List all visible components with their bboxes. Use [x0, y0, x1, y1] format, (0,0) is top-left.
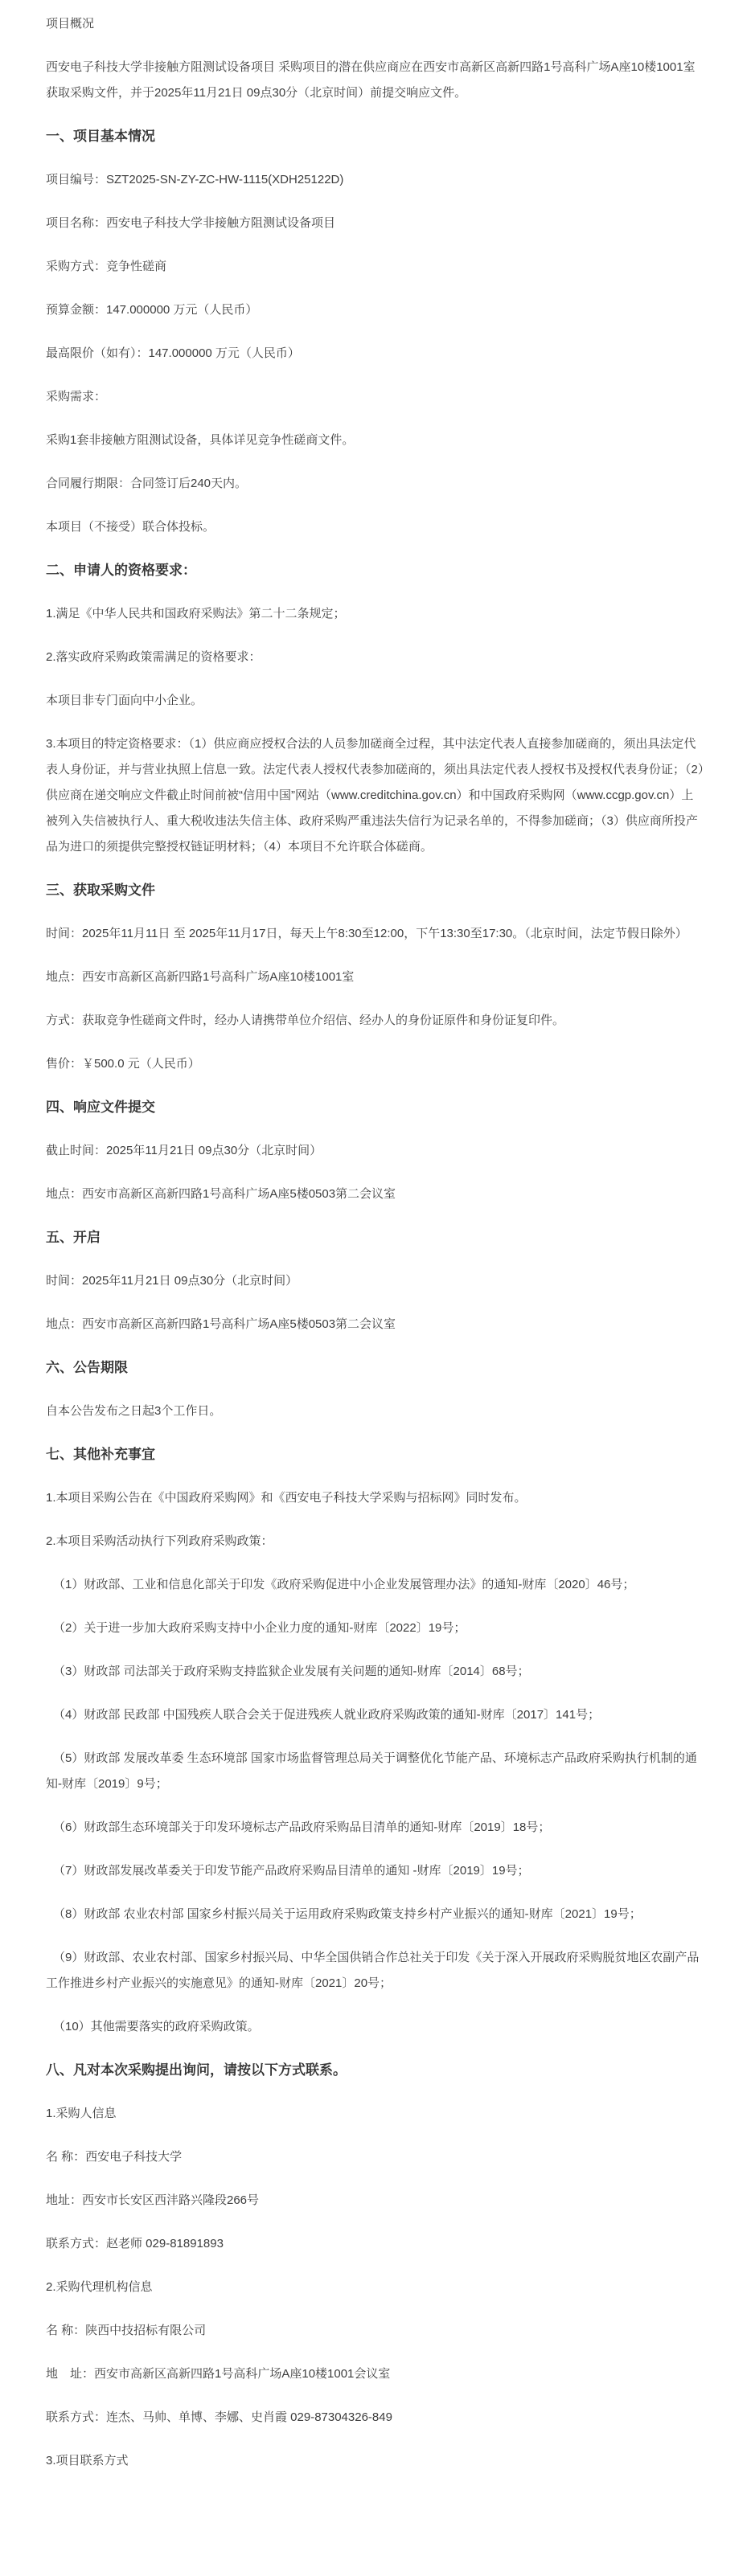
policy-item-6: （6）财政部生态环境部关于印发环境标志产品政府采购品目清单的通知-财库〔2019…: [46, 1815, 705, 1841]
other-note-2: 2.本项目采购活动执行下列政府采购政策：: [46, 1529, 705, 1554]
purchaser-info-label: 1.采购人信息: [46, 2101, 705, 2127]
other-note-1: 1.本项目采购公告在《中国政府采购网》和《西安电子科技大学采购与招标网》同时发布…: [46, 1485, 705, 1511]
project-name: 项目名称：西安电子科技大学非接触方阻测试设备项目: [46, 211, 705, 236]
purchaser-address: 地址：西安市长安区西沣路兴隆段266号: [46, 2188, 705, 2214]
submission-place: 地点：西安市高新区高新四路1号高科广场A座5楼0503第二会议室: [46, 1182, 705, 1207]
policy-item-5: （5）财政部 发展改革委 生态环境部 国家市场监督管理总局关于调整优化节能产品、…: [46, 1746, 705, 1797]
section-heading-opening: 五、开启: [46, 1225, 705, 1251]
obtain-place: 地点：西安市高新区高新四路1号高科广场A座10楼1001室: [46, 964, 705, 990]
purchaser-name: 名 称：西安电子科技大学: [46, 2144, 705, 2170]
section-heading-qualification: 二、申请人的资格要求：: [46, 558, 705, 584]
submission-deadline: 截止时间：2025年11月21日 09点30分（北京时间）: [46, 1138, 705, 1164]
contract-period: 合同履行期限：合同签订后240天内。: [46, 471, 705, 497]
policy-item-1: （1）财政部、工业和信息化部关于印发《政府采购促进中小企业发展管理办法》的通知-…: [46, 1572, 705, 1598]
project-number: 项目编号：SZT2025-SN-ZY-ZC-HW-1115(XDH25122D): [46, 167, 705, 193]
opening-place: 地点：西安市高新区高新四路1号高科广场A座5楼0503第二会议室: [46, 1312, 705, 1337]
project-contact-label: 3.项目联系方式: [46, 2448, 705, 2474]
section-heading-other-matters: 七、其他补充事宜: [46, 1442, 705, 1468]
policy-item-2: （2）关于进一步加大政府采购支持中小企业力度的通知-财库〔2022〕19号；: [46, 1616, 705, 1641]
opening-time: 时间：2025年11月21日 09点30分（北京时间）: [46, 1268, 705, 1294]
qualification-item-3: 3.本项目的特定资格要求：（1）供应商应授权合法的人员参加磋商全过程，其中法定代…: [46, 731, 705, 860]
policy-item-3: （3）财政部 司法部关于政府采购支持监狱企业发展有关问题的通知-财库〔2014〕…: [46, 1659, 705, 1685]
agency-info-label: 2.采购代理机构信息: [46, 2275, 705, 2300]
policy-item-9: （9）财政部、农业农村部、国家乡村振兴局、中华全国供销合作总社关于印发《关于深入…: [46, 1945, 705, 1997]
section-heading-obtain-documents: 三、获取采购文件: [46, 878, 705, 903]
announcement-period: 自本公告发布之日起3个工作日。: [46, 1399, 705, 1424]
policy-item-4: （4）财政部 民政部 中国残疾人联合会关于促进残疾人就业政府采购政策的通知-财库…: [46, 1702, 705, 1728]
procurement-announcement-document: 项目概况 西安电子科技大学非接触方阻测试设备项目 采购项目的潜在供应商应在西安市…: [46, 0, 705, 2474]
qualification-item-1: 1.满足《中华人民共和国政府采购法》第二十二条规定；: [46, 601, 705, 627]
budget-amount: 预算金额：147.000000 万元（人民币）: [46, 297, 705, 323]
overview-intro: 西安电子科技大学非接触方阻测试设备项目 采购项目的潜在供应商应在西安市高新区高新…: [46, 55, 705, 106]
overview-label: 项目概况: [46, 11, 705, 37]
section-heading-submission: 四、响应文件提交: [46, 1095, 705, 1120]
policy-item-10: （10）其他需要落实的政府采购政策。: [46, 2014, 705, 2040]
procurement-demand: 采购1套非接触方阻测试设备，具体详见竞争性磋商文件。: [46, 428, 705, 453]
max-price-limit: 最高限价（如有）：147.000000 万元（人民币）: [46, 341, 705, 367]
agency-address: 地 址：西安市高新区高新四路1号高科广场A座10楼1001会议室: [46, 2361, 705, 2387]
agency-name: 名 称：陕西中技招标有限公司: [46, 2318, 705, 2344]
section-heading-contact: 八、凡对本次采购提出询问，请按以下方式联系。: [46, 2058, 705, 2083]
policy-item-7: （7）财政部发展改革委关于印发节能产品政府采购品目清单的通知 -财库〔2019〕…: [46, 1858, 705, 1884]
procurement-method: 采购方式：竞争性磋商: [46, 254, 705, 280]
obtain-price: 售价：￥500.0 元（人民币）: [46, 1051, 705, 1077]
section-heading-announcement-period: 六、公告期限: [46, 1355, 705, 1381]
obtain-method: 方式：获取竞争性磋商文件时，经办人请携带单位介绍信、经办人的身份证原件和身份证复…: [46, 1008, 705, 1034]
qualification-item-2-note: 本项目非专门面向中小企业。: [46, 688, 705, 714]
consortium-bid-note: 本项目（不接受）联合体投标。: [46, 514, 705, 540]
obtain-time: 时间：2025年11月11日 至 2025年11月17日，每天上午8:30至12…: [46, 921, 705, 947]
section-heading-basic-info: 一、项目基本情况: [46, 124, 705, 149]
purchaser-contact: 联系方式：赵老师 029-81891893: [46, 2231, 705, 2257]
procurement-demand-label: 采购需求：: [46, 384, 705, 410]
agency-contact: 联系方式：连杰、马帅、单博、李娜、史肖霞 029-87304326-849: [46, 2405, 705, 2431]
policy-item-8: （8）财政部 农业农村部 国家乡村振兴局关于运用政府采购政策支持乡村产业振兴的通…: [46, 1902, 705, 1927]
qualification-item-2: 2.落实政府采购政策需满足的资格要求：: [46, 645, 705, 670]
